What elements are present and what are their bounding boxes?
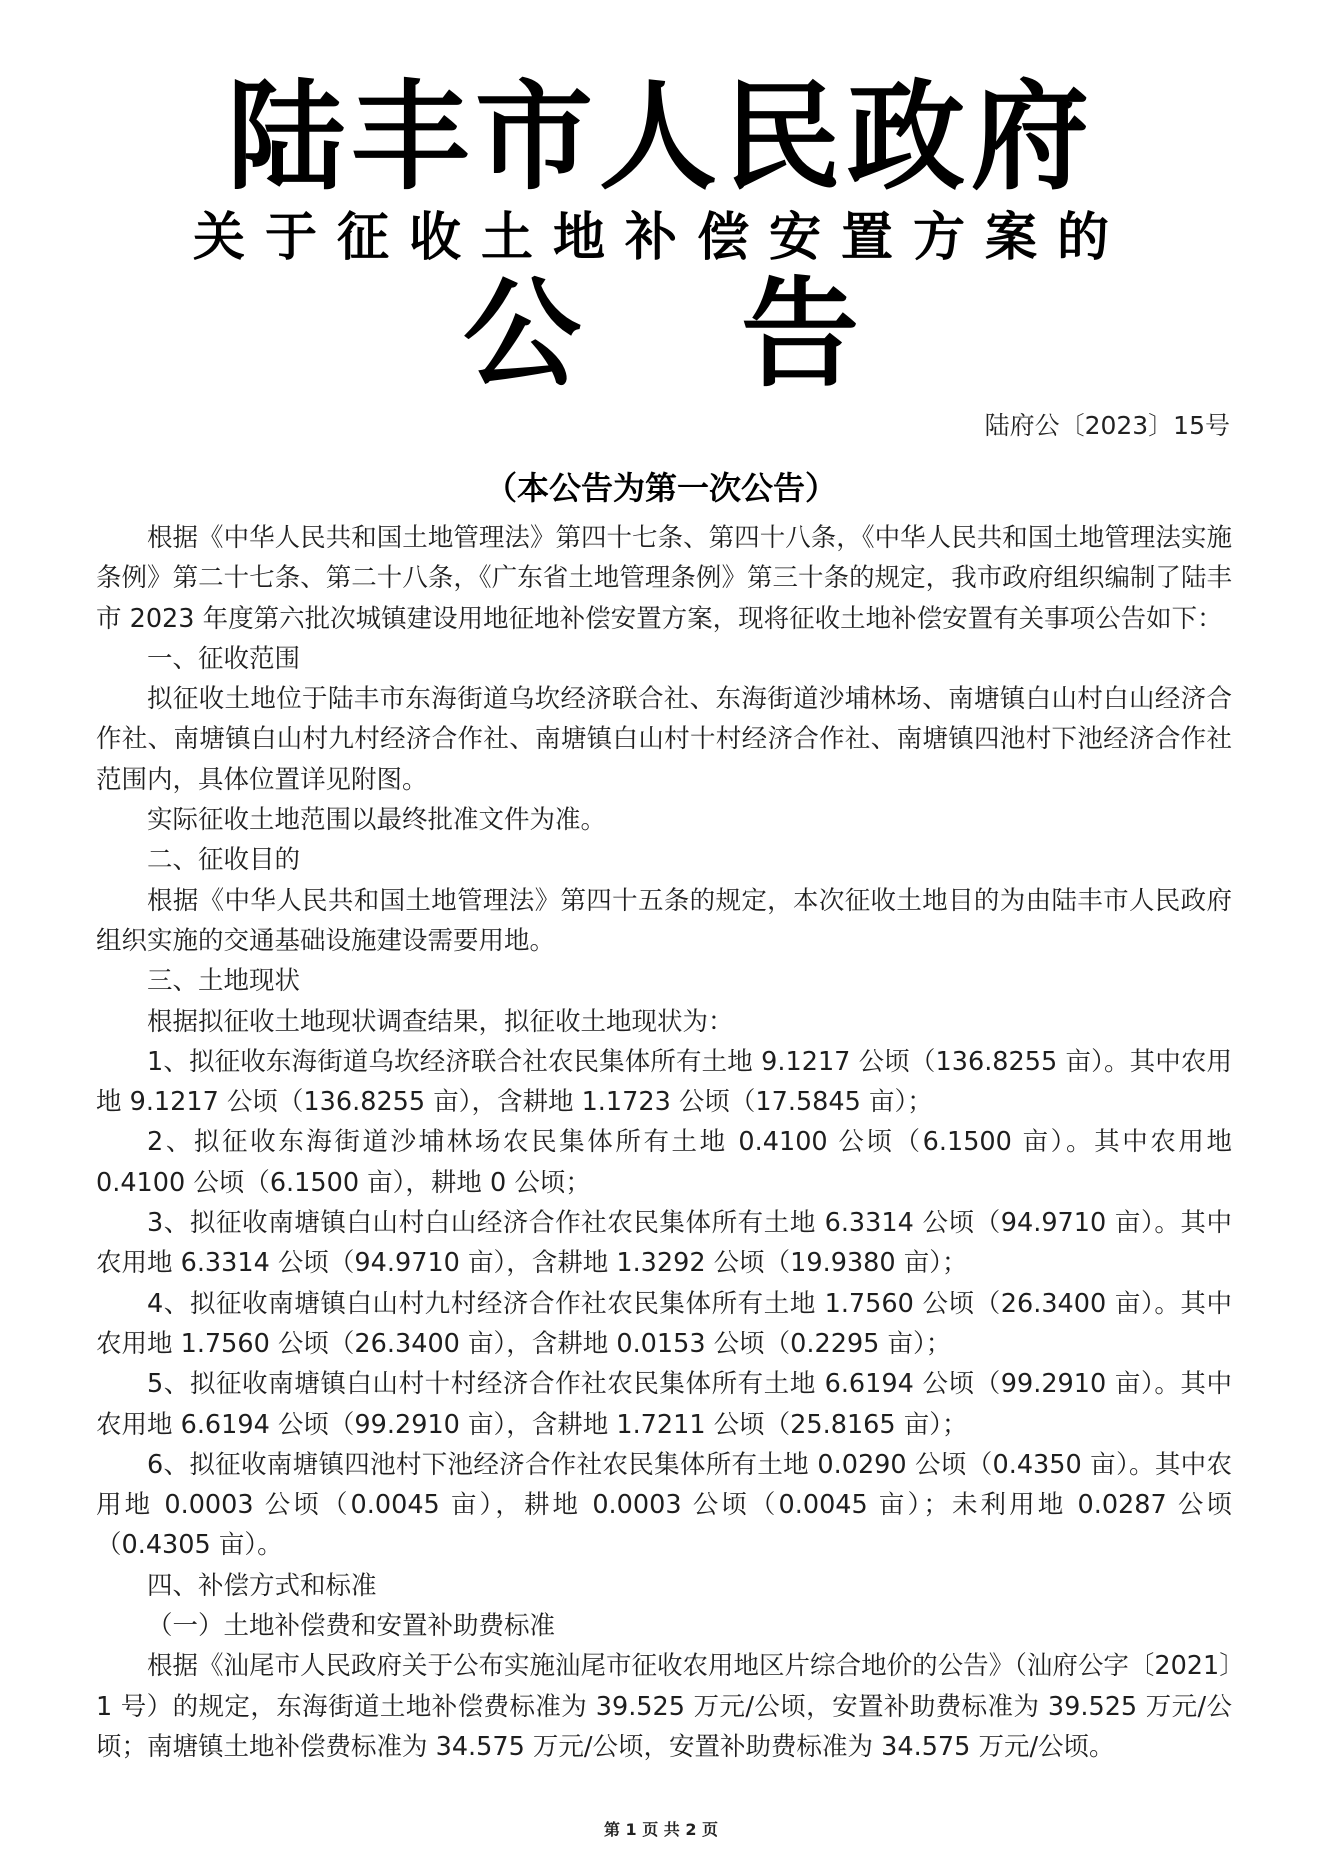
land-status-item: 1、拟征收东海街道乌坎经济联合社农民集体所有土地 9.1217 公顷（136.8… xyxy=(96,1042,1232,1123)
document-number: 陆府公〔2023〕15号 xyxy=(985,408,1230,444)
land-status-item: 2、拟征收东海街道沙埔林场农民集体所有土地 0.4100 公顷（6.1500 亩… xyxy=(96,1122,1232,1203)
land-status-item: 4、拟征收南塘镇白山村九村经济合作社农民集体所有土地 1.7560 公顷（26.… xyxy=(96,1284,1232,1365)
purpose-paragraph: 根据《中华人民共和国土地管理法》第四十五条的规定，本次征收土地目的为由陆丰市人民… xyxy=(96,881,1232,962)
document-page: 陆丰市人民政府 关于征收土地补偿安置方案的 公告 陆府公〔2023〕15号 （本… xyxy=(0,0,1322,1870)
section-heading-compensation: 四、补偿方式和标准 xyxy=(96,1566,1232,1606)
doc-type-title: 公告 xyxy=(0,270,1322,398)
document-body: 根据《中华人民共和国土地管理法》第四十七条、第四十八条，《中华人民共和国土地管理… xyxy=(96,518,1232,1767)
intro-paragraph: 根据《中华人民共和国土地管理法》第四十七条、第四十八条，《中华人民共和国土地管理… xyxy=(96,518,1232,639)
compensation-paragraph: 根据《汕尾市人民政府关于公布实施汕尾市征收农用地区片综合地价的公告》（汕府公字〔… xyxy=(96,1646,1232,1767)
land-status-item: 6、拟征收南塘镇四池村下池经济合作社农民集体所有土地 0.0290 公顷（0.4… xyxy=(96,1445,1232,1566)
land-status-item: 5、拟征收南塘镇白山村十村经济合作社农民集体所有土地 6.6194 公顷（99.… xyxy=(96,1364,1232,1445)
subsection-heading-fee-standard: （一）土地补偿费和安置补助费标准 xyxy=(96,1606,1232,1646)
issuer-title: 陆丰市人民政府 xyxy=(0,72,1322,202)
section-heading-land-status: 三、土地现状 xyxy=(96,961,1232,1001)
section-heading-scope: 一、征收范围 xyxy=(96,639,1232,679)
first-notice-label: （本公告为第一次公告） xyxy=(0,466,1322,510)
scope-paragraph: 实际征收土地范围以最终批准文件为准。 xyxy=(96,800,1232,840)
land-status-item: 3、拟征收南塘镇白山村白山经济合作社农民集体所有土地 6.3314 公顷（94.… xyxy=(96,1203,1232,1284)
land-status-paragraph: 根据拟征收土地现状调查结果，拟征收土地现状为： xyxy=(96,1002,1232,1042)
page-indicator: 第 1 页 共 2 页 xyxy=(0,1818,1322,1842)
scope-paragraph: 拟征收土地位于陆丰市东海街道乌坎经济联合社、东海街道沙埔林场、南塘镇白山村白山经… xyxy=(96,679,1232,800)
subject-title: 关于征收土地补偿安置方案的 xyxy=(0,205,1322,271)
section-heading-purpose: 二、征收目的 xyxy=(96,840,1232,880)
